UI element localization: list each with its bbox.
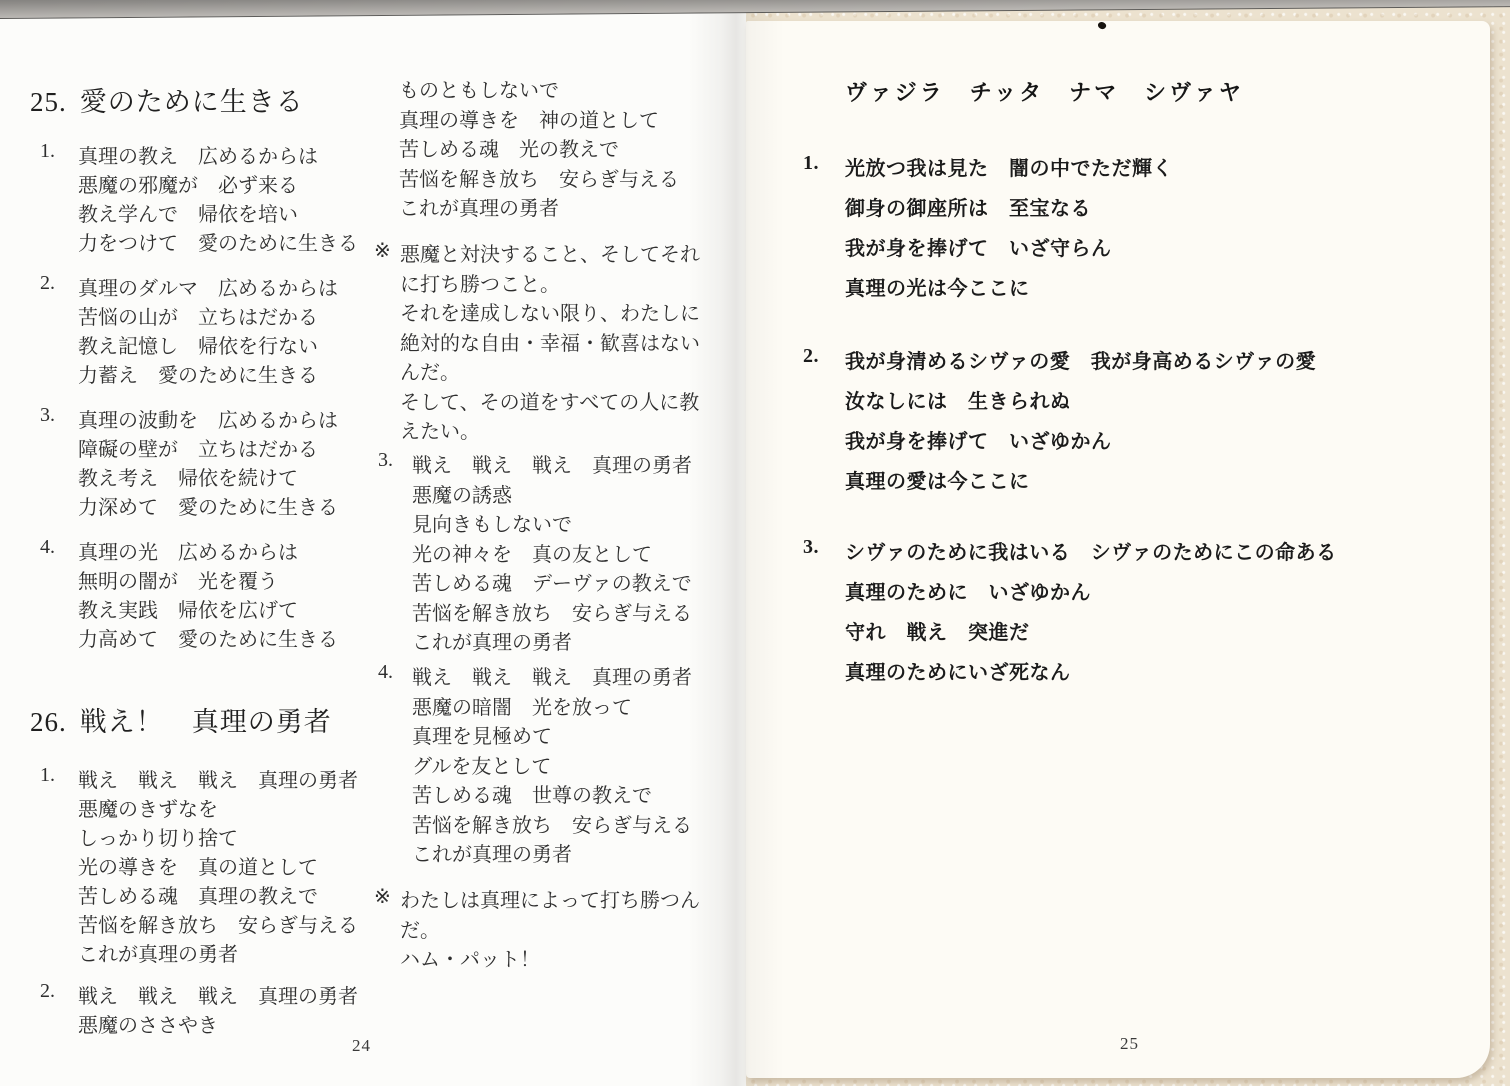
verse-number: 3.	[803, 536, 819, 559]
verse: 3. 戦え 戦え 戦え 真理の勇者 悪魔の誘惑 見向きもしないで 光の神々を 真…	[378, 449, 692, 656]
song-25-header: 25. 愛のために生きる	[30, 80, 304, 119]
page-content: 25. 愛のために生きる 1. 真理の教え 広めるからは 悪魔の邪魔が 必ず来る…	[0, 0, 1510, 1086]
lyric-line: 戦え 戦え 戦え 真理の勇者	[412, 661, 692, 691]
note-line: わたしは真理によって打ち勝つん	[400, 884, 700, 914]
verse: 4. 戦え 戦え 戦え 真理の勇者 悪魔の暗闇 光を放って 真理を見極めて グル…	[378, 661, 692, 868]
lyric-line: 光の神々を 真の友として	[412, 538, 692, 568]
lyric-line: 御身の御座所は 至宝なる	[845, 192, 1173, 232]
lyric-line: 真理の光 広めるからは	[78, 536, 338, 565]
note-line: そして、その道をすべての人に教	[400, 386, 700, 416]
verse: 2. 真理のダルマ 広めるからは 苦悩の山が 立ちはだかる 教え記憶し 帰依を行…	[40, 272, 338, 388]
verse: 3. 真理の波動を 広めるからは 障礙の壁が 立ちはだかる 教え考え 帰依を続け…	[40, 404, 338, 520]
lyric-line: 我が身を捧げて いざ守らん	[845, 232, 1173, 272]
verse-number: 4.	[40, 536, 55, 559]
lyric-line: 教え実践 帰依を広げて	[78, 594, 338, 623]
note-line: それを達成しない限り、わたしに	[400, 297, 700, 327]
lyric-line: 悪魔の邪魔が 必ず来る	[78, 169, 358, 198]
song-number: 25.	[30, 87, 67, 118]
right-page-title: ヴァジラ チッタ ナマ シヴァヤ	[845, 76, 1244, 107]
lyric-line: 真理のために いざゆかん	[845, 576, 1337, 616]
lyric-line: 真理のダルマ 広めるからは	[78, 272, 338, 301]
lyric-line: 悪魔のささやき	[78, 1009, 358, 1038]
lyric-line: 力高めて 愛のために生きる	[78, 623, 338, 652]
lyric-line: 苦しめる魂 真理の教えで	[78, 880, 358, 909]
verse-continuation: ものともしないで 真理の導きを 神の道として 苦しめる魂 光の教えで 苦悩を解き…	[399, 74, 679, 222]
lyric-line: 力をつけて 愛のために生きる	[78, 227, 358, 256]
lyric-line: シヴァのために我はいる シヴァのためにこの命ある	[845, 536, 1337, 576]
lyric-line: 真理のためにいざ死なん	[845, 656, 1337, 696]
lyric-line: 障礙の壁が 立ちはだかる	[78, 433, 338, 462]
lyric-line: 苦悩を解き放ち 安らぎ与える	[399, 163, 679, 193]
note-line: んだ。	[400, 356, 700, 386]
song-number: 26.	[30, 707, 67, 738]
verse: 3. シヴァのために我はいる シヴァのためにこの命ある 真理のために いざゆかん…	[803, 536, 1337, 696]
lyric-line: 守れ 戦え 突進だ	[845, 616, 1337, 656]
lyric-line: 我が身を捧げて いざゆかん	[845, 425, 1316, 465]
page-number-right: 25	[1120, 1034, 1139, 1054]
note-line: に打ち勝つこと。	[400, 268, 700, 298]
note-marker: ※	[374, 238, 391, 263]
lyric-line: 真理を見極めて	[412, 720, 692, 750]
note-block: ※ 悪魔と対決すること、そしてそれ に打ち勝つこと。 それを達成しない限り、わた…	[374, 238, 700, 445]
lyric-line: これが真理の勇者	[399, 192, 679, 222]
lyric-line: 苦悩を解き放ち 安らぎ与える	[412, 597, 692, 627]
verse-number: 3.	[378, 449, 393, 472]
verse: 4. 真理の光 広めるからは 無明の闇が 光を覆う 教え実践 帰依を広げて 力高…	[40, 536, 338, 652]
lyric-line: ものともしないで	[399, 74, 679, 104]
verse-number: 2.	[40, 272, 55, 295]
verse: 1. 真理の教え 広めるからは 悪魔の邪魔が 必ず来る 教え学んで 帰依を培い …	[40, 140, 358, 256]
lyric-line: 戦え 戦え 戦え 真理の勇者	[78, 764, 358, 793]
verse: 1. 光放つ我は見た 闇の中でただ輝く 御身の御座所は 至宝なる 我が身を捧げて…	[803, 152, 1173, 312]
verse-number: 1.	[40, 140, 55, 163]
lyric-line: 見向きもしないで	[412, 508, 692, 538]
note-line: えたい。	[400, 415, 700, 445]
lyric-line: 真理の教え 広めるからは	[78, 140, 358, 169]
lyric-line: 苦悩の山が 立ちはだかる	[78, 301, 338, 330]
lyric-line: 教え考え 帰依を続けて	[78, 462, 338, 491]
lyric-line: 苦悩を解き放ち 安らぎ与える	[78, 909, 358, 938]
note-block: ※ わたしは真理によって打ち勝つん だ。 ハム・パット！	[374, 884, 700, 973]
lyric-line: 真理の愛は今ここに	[845, 465, 1316, 505]
note-line: ハム・パット！	[400, 943, 700, 973]
lyric-line: これが真理の勇者	[412, 626, 692, 656]
lyric-line: これが真理の勇者	[412, 838, 692, 868]
lyric-line: 光の導きを 真の道として	[78, 851, 358, 880]
verse: 1. 戦え 戦え 戦え 真理の勇者 悪魔のきずなを しっかり切り捨て 光の導きを…	[40, 764, 358, 967]
scanned-book-spread: 25. 愛のために生きる 1. 真理の教え 広めるからは 悪魔の邪魔が 必ず来る…	[0, 0, 1510, 1086]
verse: 2. 我が身清めるシヴァの愛 我が身高めるシヴァの愛 汝なしには 生きられぬ 我…	[803, 345, 1316, 505]
note-line: 悪魔と対決すること、そしてそれ	[400, 238, 700, 268]
verse-number: 1.	[40, 764, 55, 787]
lyric-line: 苦しめる魂 デーヴァの教えで	[412, 567, 692, 597]
lyric-line: 力深めて 愛のために生きる	[78, 491, 338, 520]
song-26-header: 26. 戦え！ 真理の勇者	[30, 700, 332, 739]
lyric-line: 悪魔の誘惑	[412, 479, 692, 509]
verse-number: 1.	[803, 152, 819, 175]
lyric-line: 真理の波動を 広めるからは	[78, 404, 338, 433]
lyric-line: 汝なしには 生きられぬ	[845, 385, 1316, 425]
note-line: 絶対的な自由・幸福・歓喜はない	[400, 327, 700, 357]
lyric-line: 真理の導きを 神の道として	[399, 104, 679, 134]
lyric-line: 苦悩を解き放ち 安らぎ与える	[412, 809, 692, 839]
lyric-line: 苦しめる魂 世尊の教えで	[412, 779, 692, 809]
verse-number: 2.	[40, 980, 55, 1003]
lyric-line: グルを友として	[412, 750, 692, 780]
lyric-line: 我が身清めるシヴァの愛 我が身高めるシヴァの愛	[845, 345, 1316, 385]
page-number-left: 24	[352, 1036, 371, 1056]
verse-number: 4.	[378, 661, 393, 684]
lyric-line: しっかり切り捨て	[78, 822, 358, 851]
song-title: 戦え！ 真理の勇者	[80, 700, 332, 739]
lyric-line: 戦え 戦え 戦え 真理の勇者	[412, 449, 692, 479]
lyric-line: 戦え 戦え 戦え 真理の勇者	[78, 980, 358, 1009]
verse-number: 2.	[803, 345, 819, 368]
lyric-line: 教え学んで 帰依を培い	[78, 198, 358, 227]
verse: 2. 戦え 戦え 戦え 真理の勇者 悪魔のささやき	[40, 980, 358, 1038]
lyric-line: 無明の闇が 光を覆う	[78, 565, 338, 594]
lyric-line: 教え記憶し 帰依を行ない	[78, 330, 338, 359]
lyric-line: これが真理の勇者	[78, 938, 358, 967]
lyric-line: 真理の光は今ここに	[845, 272, 1173, 312]
lyric-line: 光放つ我は見た 闇の中でただ輝く	[845, 152, 1173, 192]
lyric-line: 悪魔のきずなを	[78, 793, 358, 822]
note-line: だ。	[400, 914, 700, 944]
lyric-line: 力蓄え 愛のために生きる	[78, 359, 338, 388]
lyric-line: 悪魔の暗闇 光を放って	[412, 691, 692, 721]
lyric-line: 苦しめる魂 光の教えで	[399, 133, 679, 163]
song-title: 愛のために生きる	[80, 80, 304, 119]
verse-number: 3.	[40, 404, 55, 427]
note-marker: ※	[374, 884, 391, 909]
